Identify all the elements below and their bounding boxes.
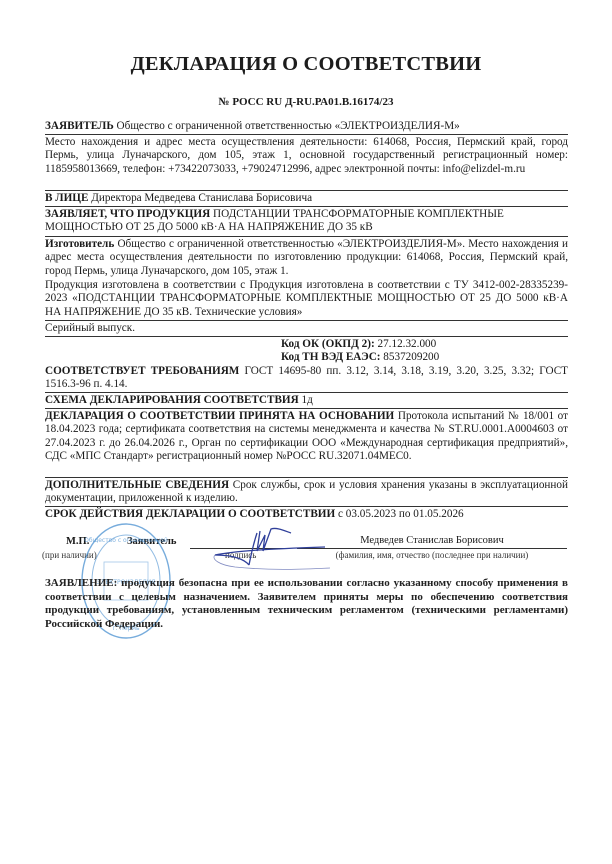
svg-text:Общество с ограниченной: Общество с ограниченной <box>84 537 168 544</box>
tnved-code-row: Код ТН ВЭД ЕАЭС: 8537209200 <box>281 351 439 364</box>
statement-value: продукция безопасна при ее использовании… <box>45 577 568 630</box>
declaration-number: № РОСС RU Д-RU.РА01.В.16174/23 <box>0 96 612 108</box>
name-line <box>297 548 567 549</box>
okpd-value: 27.12.32.000 <box>377 338 436 350</box>
tnved-label: Код ТН ВЭД ЕАЭС: <box>281 351 381 363</box>
divider <box>45 320 568 321</box>
validity-label: СРОК ДЕЙСТВИЯ ДЕКЛАРАЦИИ О СООТВЕТСТВИИ <box>45 508 335 520</box>
represented-by-row: В ЛИЦЕ Директора Медведева Станислава Бо… <box>45 192 568 205</box>
additional-info-row: ДОПОЛНИТЕЛЬНЫЕ СВЕДЕНИЯ Срок службы, сро… <box>45 479 568 506</box>
declares-label: ЗАЯВЛЯЕТ, ЧТО ПРОДУКЦИЯ <box>45 208 210 220</box>
divider <box>45 477 568 478</box>
manufacturer-label: Изготовитель <box>45 238 114 250</box>
requirements-row: СООТВЕТСТВУЕТ ТРЕБОВАНИЯМ ГОСТ 14695-80 … <box>45 365 568 392</box>
divider <box>45 408 568 409</box>
divider <box>45 506 568 507</box>
page-title: ДЕКЛАРАЦИЯ О СООТВЕТСТВИИ <box>0 53 612 76</box>
represented-by-label: В ЛИЦЕ <box>45 192 88 204</box>
manufacturer-row: Изготовитель Общество с ограниченной отв… <box>45 238 568 278</box>
tnved-value: 8537209200 <box>383 351 439 363</box>
declaration-page: ДЕКЛАРАЦИЯ О СООТВЕТСТВИИ № РОСС RU Д-RU… <box>0 0 612 864</box>
scheme-value: 1д <box>302 394 313 406</box>
release-type: Серийный выпуск. <box>45 322 568 335</box>
statement-label: ЗАЯВЛЕНИЕ: <box>45 577 117 589</box>
requirements-label: СООТВЕТСТВУЕТ ТРЕБОВАНИЯМ <box>45 365 239 377</box>
additional-info-label: ДОПОЛНИТЕЛЬНЫЕ СВЕДЕНИЯ <box>45 479 229 491</box>
divider <box>45 236 568 237</box>
declares-row: ЗАЯВЛЯЕТ, ЧТО ПРОДУКЦИЯ ПОДСТАНЦИИ ТРАНС… <box>45 208 568 235</box>
represented-by-value: Директора Медведева Станислава Борисович… <box>91 192 312 204</box>
validity-value: с 03.05.2023 по 01.05.2026 <box>338 508 464 520</box>
divider <box>45 206 568 207</box>
divider <box>45 190 568 191</box>
basis-label: ДЕКЛАРАЦИЯ О СООТВЕТСТВИИ ПРИНЯТА НА ОСН… <box>45 410 394 422</box>
scheme-row: СХЕМА ДЕКЛАРИРОВАНИЯ СООТВЕТСТВИЯ 1д <box>45 394 568 407</box>
applicant-label: ЗАЯВИТЕЛЬ <box>45 120 114 132</box>
okpd-label: Код ОК (ОКПД 2): <box>281 338 375 350</box>
basis-row: ДЕКЛАРАЦИЯ О СООТВЕТСТВИИ ПРИНЯТА НА ОСН… <box>45 410 568 464</box>
handwritten-signature-icon <box>205 525 330 585</box>
applicant-address: Место нахождения и адрес места осуществл… <box>45 136 568 176</box>
signer-name: Медведев Станислав Борисович <box>297 535 567 546</box>
divider <box>45 134 568 135</box>
divider <box>45 336 568 337</box>
signer-name-caption: (фамилия, имя, отчество (последнее при н… <box>297 550 567 560</box>
scheme-label: СХЕМА ДЕКЛАРИРОВАНИЯ СООТВЕТСТВИЯ <box>45 394 299 406</box>
applicant-row: ЗАЯВИТЕЛЬ Общество с ограниченной ответс… <box>45 120 568 133</box>
divider <box>45 392 568 393</box>
okpd-code-row: Код ОК (ОКПД 2): 27.12.32.000 <box>281 338 436 351</box>
statement-block: ЗАЯВЛЕНИЕ: продукция безопасна при ее ис… <box>45 577 568 631</box>
produced-per: Продукция изготовлена в соответствии с П… <box>45 279 568 319</box>
manufacturer-value: Общество с ограниченной ответственностью… <box>45 238 568 277</box>
applicant-value: Общество с ограниченной ответственностью… <box>117 120 460 132</box>
validity-row: СРОК ДЕЙСТВИЯ ДЕКЛАРАЦИИ О СООТВЕТСТВИИ … <box>45 508 568 521</box>
